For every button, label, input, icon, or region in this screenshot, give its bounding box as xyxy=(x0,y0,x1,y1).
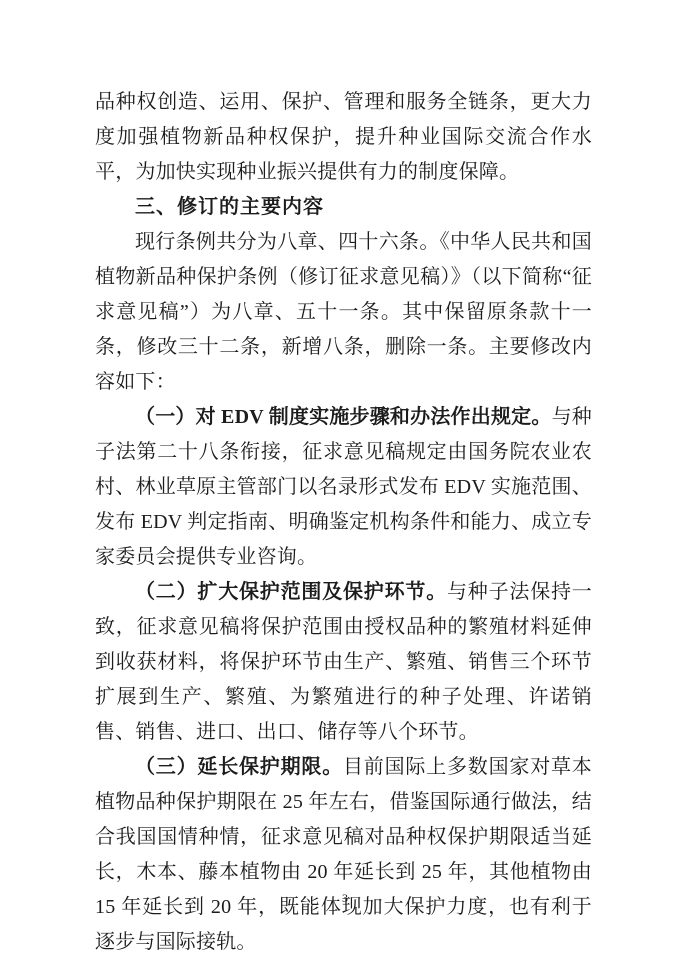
paragraph-lead: （二）扩大保护范围及保护环节。 xyxy=(135,581,447,603)
paragraph-lead: （一）对 EDV 制度实施步骤和办法作出规定。 xyxy=(135,406,552,428)
paragraph: （二）扩大保护范围及保护环节。与种子法保持一致，征求意见稿将保护范围由授权品种的… xyxy=(95,575,592,750)
paragraph-text: 与种子法第二十八条衔接，征求意见稿规定由国务院农业农村、林业草原主管部门以名录形… xyxy=(95,406,592,568)
paragraph: 品种权创造、运用、保护、管理和服务全链条，更大力度加强植物新品种权保护，提升种业… xyxy=(95,85,592,190)
paragraph-text: 与种子法保持一致，征求意见稿将保护范围由授权品种的繁殖材料延伸到收获材料，将保护… xyxy=(95,581,592,743)
section-heading: 三、修订的主要内容 xyxy=(95,190,592,225)
paragraph: （三）延长保护期限。目前国际上多数国家对草本植物品种保护期限在 25 年左右，借… xyxy=(95,750,592,960)
paragraph: （一）对 EDV 制度实施步骤和办法作出规定。与种子法第二十八条衔接，征求意见稿… xyxy=(95,400,592,575)
paragraph-text: 目前国际上多数国家对草本植物品种保护期限在 25 年左右，借鉴国际通行做法，结合… xyxy=(95,756,592,953)
paragraph-lead: （三）延长保护期限。 xyxy=(135,756,343,778)
document-page: { "document": { "page_number": "3", "bac… xyxy=(0,0,690,975)
document-body: 品种权创造、运用、保护、管理和服务全链条，更大力度加强植物新品种权保护，提升种业… xyxy=(95,85,592,960)
page-number: 3 xyxy=(0,890,690,906)
paragraph: 现行条例共分为八章、四十六条。《中华人民共和国植物新品种保护条例（修订征求意见稿… xyxy=(95,225,592,400)
